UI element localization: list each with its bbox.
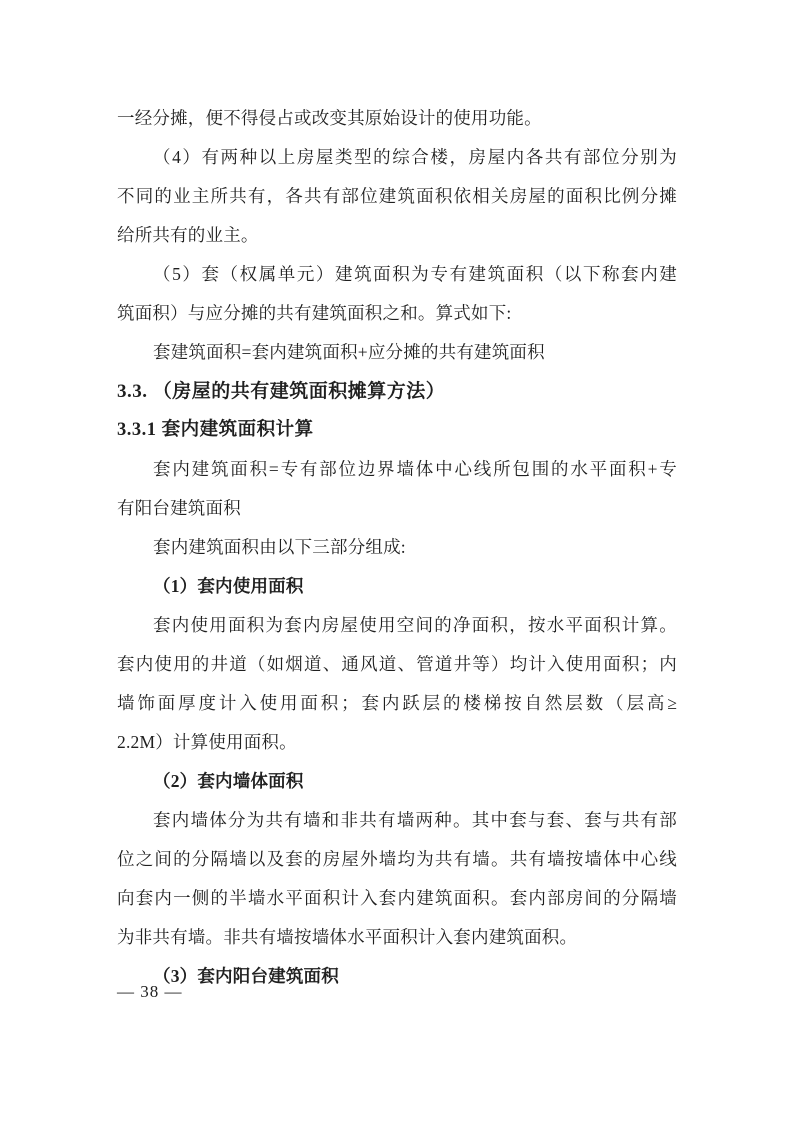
formula-line: 套内建筑面积=专有部位边界墙体中心线所包围的水平面积+专 [117,450,677,489]
body-line: 筑面积）与应分摊的共有建筑面积之和。算式如下: [117,294,677,333]
list-item-heading-1: （1）套内使用面积 [117,567,677,606]
formula-line: 套建筑面积=套内建筑面积+应分摊的共有建筑面积 [117,333,677,372]
body-line: 给所共有的业主。 [117,216,677,255]
body-line: 套内使用的井道（如烟道、通风道、管道井等）均计入使用面积；内 [117,645,677,684]
body-line: （5）套（权属单元）建筑面积为专有建筑面积（以下称套内建 [117,255,677,294]
document-page: 一经分摊，便不得侵占或改变其原始设计的使用功能。 （4）有两种以上房屋类型的综合… [0,0,793,1122]
list-item-heading-2: （2）套内墙体面积 [117,762,677,801]
page-number: — 38 — [117,980,183,1004]
section-heading-3-3: 3.3. （房屋的共有建筑面积摊算方法） [117,372,677,411]
body-line: （4）有两种以上房屋类型的综合楼，房屋内各共有部位分别为 [117,138,677,177]
document-body: 一经分摊，便不得侵占或改变其原始设计的使用功能。 （4）有两种以上房屋类型的综合… [117,99,677,996]
body-line: 向套内一侧的半墙水平面积计入套内建筑面积。套内部房间的分隔墙 [117,879,677,918]
body-line: 2.2M）计算使用面积。 [117,723,677,762]
body-line: 位之间的分隔墙以及套的房屋外墙均为共有墙。共有墙按墙体中心线 [117,840,677,879]
body-line: 套内墙体分为共有墙和非共有墙两种。其中套与套、套与共有部 [117,801,677,840]
body-line: 为非共有墙。非共有墙按墙体水平面积计入套内建筑面积。 [117,918,677,957]
body-line: 不同的业主所共有，各共有部位建筑面积依相关房屋的面积比例分摊 [117,177,677,216]
body-line: 一经分摊，便不得侵占或改变其原始设计的使用功能。 [117,99,677,138]
body-line: 套内建筑面积由以下三部分组成: [117,528,677,567]
subsection-heading-3-3-1: 3.3.1 套内建筑面积计算 [117,411,677,450]
body-line: 套内使用面积为套内房屋使用空间的净面积，按水平面积计算。 [117,606,677,645]
body-line: 有阳台建筑面积 [117,489,677,528]
list-item-heading-3: （3）套内阳台建筑面积 [117,957,677,996]
body-line: 墙饰面厚度计入使用面积；套内跃层的楼梯按自然层数（层高≥ [117,684,677,723]
